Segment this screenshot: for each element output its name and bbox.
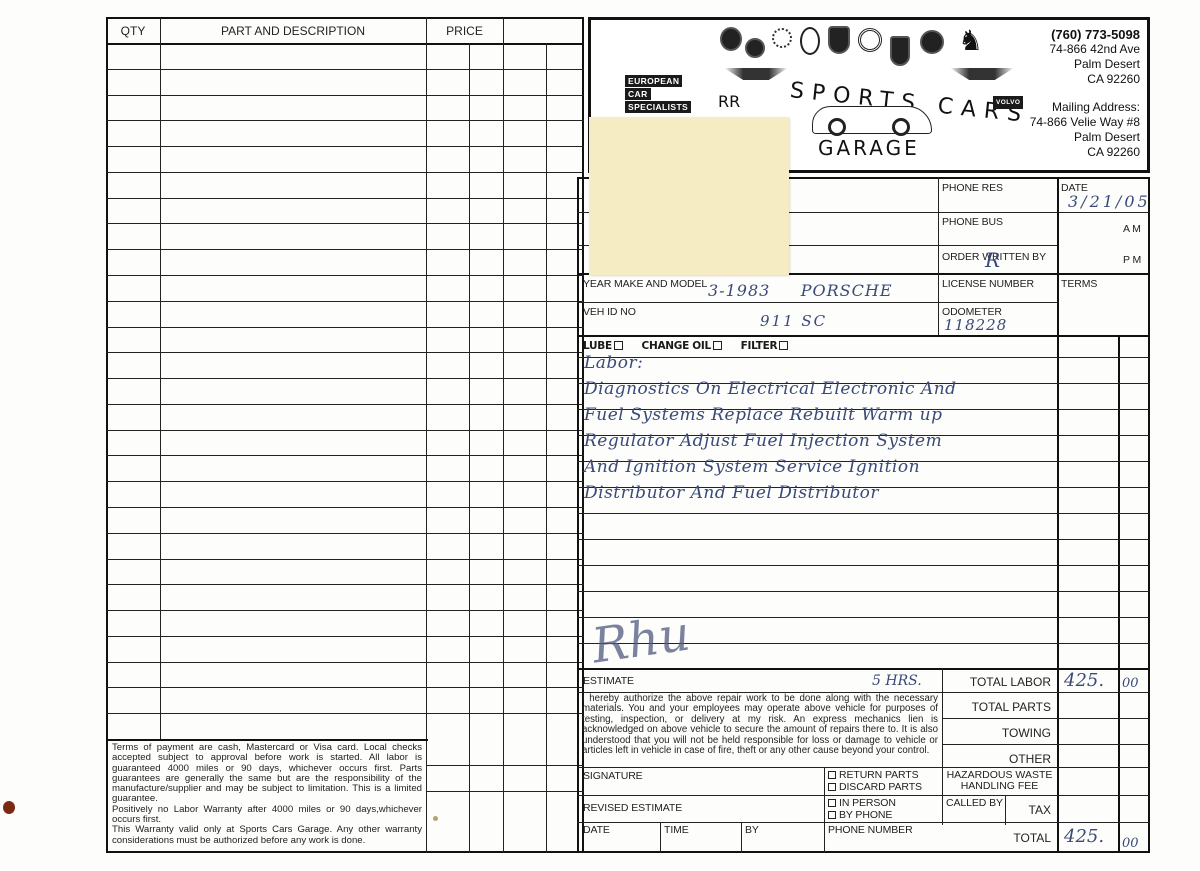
parts-table-row[interactable] (108, 380, 580, 403)
terms-label: TERMS (1061, 278, 1097, 290)
total-parts-label: TOTAL PARTS (942, 700, 1051, 714)
phone-bus-label: PHONE BUS (942, 216, 1003, 228)
cents-column-divider (1118, 335, 1120, 853)
totals-row-line (942, 692, 1150, 693)
parts-row-line (426, 765, 584, 766)
discard-parts-option[interactable]: DISCARD PARTS (828, 781, 922, 793)
parts-row-line (106, 662, 584, 663)
parts-row-line (106, 327, 584, 328)
parts-row-line (106, 275, 584, 276)
parts-table-row[interactable] (108, 200, 580, 223)
warranty-scope: This Warranty valid only at Sports Cars … (112, 824, 422, 845)
address-line-2: Palm Desert (1010, 57, 1140, 72)
parts-row-line (106, 352, 584, 353)
car-wheel-front-icon (828, 118, 846, 136)
qty-header: QTY (106, 24, 160, 38)
parts-table-row[interactable] (108, 457, 580, 480)
car-wheel-rear-icon (892, 118, 910, 136)
parts-row-line (106, 559, 584, 560)
part-description-header: PART AND DESCRIPTION (160, 24, 426, 38)
mg-emblem-icon (720, 27, 742, 51)
ferrari-horse-icon: ♞ (958, 24, 983, 57)
parts-row-line (426, 791, 584, 792)
parts-row-line (106, 198, 584, 199)
date-bottom-line (1057, 212, 1150, 213)
time-divider (660, 822, 661, 853)
by-divider (741, 822, 742, 853)
paper-stain (3, 801, 15, 814)
change-oil-checkbox[interactable] (713, 341, 722, 350)
price-header: PRICE (426, 24, 503, 38)
parts-row-line (106, 584, 584, 585)
work-description-line[interactable]: Labor: (584, 353, 643, 373)
by-label: BY (745, 824, 759, 836)
discard-parts-checkbox[interactable] (828, 783, 836, 791)
parts-table-row[interactable] (108, 97, 580, 120)
badge-car: CAR (625, 88, 651, 100)
mailing-line-1: 74-866 Velie Way #8 (1010, 115, 1140, 130)
mailing-line-2: Palm Desert (1010, 130, 1140, 145)
parts-table-row[interactable] (108, 251, 580, 274)
authorization-text: I hereby authorize the above repair work… (582, 694, 938, 756)
change-oil-label: CHANGE OIL (642, 340, 711, 352)
year-make-model-value[interactable]: 3-1983 PORSCHE (708, 281, 893, 300)
return-parts-option[interactable]: RETURN PARTS (828, 769, 919, 781)
badge-specialists: SPECIALISTS (625, 101, 691, 113)
parts-row-line (106, 481, 584, 482)
parts-table-row[interactable] (108, 122, 580, 145)
totals-row-line (942, 795, 1150, 796)
address-line-1: 74-866 42nd Ave (1010, 42, 1140, 57)
parts-table-row[interactable] (108, 561, 580, 584)
lamborghini-emblem-icon (890, 36, 910, 66)
contact-block: (760) 773-5098 74-866 42nd Ave Palm Dese… (1010, 27, 1140, 160)
parts-row-line (106, 713, 584, 714)
parts-row-line (106, 223, 584, 224)
parts-table-row[interactable] (108, 612, 580, 635)
veh-id-value[interactable]: 911 SC (760, 312, 827, 330)
called-by-label: CALLED BY (946, 797, 1003, 809)
in-person-checkbox[interactable] (828, 799, 836, 807)
parts-row-line (106, 610, 584, 611)
vehicle-row-line (577, 302, 1057, 303)
estimate-value[interactable]: 5 HRS. (872, 673, 922, 689)
address-line-3: CA 92260 (1010, 72, 1140, 87)
work-description-line[interactable]: Fuel Systems Replace Rebuilt Warm up (584, 405, 942, 425)
triumph-emblem-icon (772, 28, 792, 48)
by-phone-checkbox[interactable] (828, 811, 836, 819)
terms-divider (106, 739, 428, 741)
parts-row-line (106, 687, 584, 688)
parts-table-row[interactable] (108, 483, 580, 506)
work-row-line (577, 357, 1150, 358)
lube-label: LUBE (583, 340, 612, 352)
return-parts-checkbox[interactable] (828, 771, 836, 779)
hazardous-waste-label: HAZARDOUS WASTEHANDLING FEE (942, 770, 1057, 792)
parts-table-row[interactable] (108, 329, 580, 352)
other-label: OTHER (942, 752, 1051, 766)
total-dollars[interactable]: 425. (1064, 826, 1104, 847)
parts-table-row[interactable] (108, 45, 580, 68)
totals-row-line (942, 718, 1150, 719)
parts-table-row[interactable] (108, 535, 580, 558)
parts-row-line (106, 172, 584, 173)
total-labor-dollars[interactable]: 425. (1064, 670, 1104, 691)
pm-label: P M (1123, 254, 1141, 266)
total-label: TOTAL (942, 831, 1051, 845)
work-description-line[interactable]: Regulator Adjust Fuel Injection System (584, 431, 942, 451)
year-make-model-label: YEAR MAKE AND MODEL (583, 278, 707, 290)
parts-table-row[interactable] (108, 174, 580, 197)
terms-text: Terms of payment are cash, Mastercard or… (112, 743, 422, 846)
parts-table-row[interactable] (108, 715, 580, 738)
by-phone-option[interactable]: BY PHONE (828, 809, 892, 821)
mailing-label: Mailing Address: (1010, 100, 1140, 115)
parts-table-row[interactable] (108, 509, 580, 532)
parts-row-line (106, 455, 584, 456)
parts-table-row[interactable] (108, 225, 580, 248)
time-label: TIME (664, 824, 689, 836)
parts-table-row[interactable] (108, 354, 580, 377)
parts-row-line (106, 146, 584, 147)
parts-option-divider (824, 767, 825, 853)
work-row-line (577, 539, 1150, 540)
work-row-line (577, 591, 1150, 592)
rolls-royce-logo: RR (718, 92, 740, 111)
lube-checkbox[interactable] (614, 341, 623, 350)
parts-table-row[interactable] (108, 432, 580, 455)
date-row-top-line (577, 822, 942, 823)
maserati-emblem-icon (800, 27, 820, 55)
phone-res-label: PHONE RES (942, 182, 1003, 194)
towing-label: TOWING (942, 726, 1051, 740)
porsche-emblem-icon (828, 26, 850, 54)
date-value[interactable]: 3/21/05 (1068, 192, 1151, 211)
date-bottom-label: DATE (583, 824, 610, 836)
parts-row-line (106, 378, 584, 379)
work-description-line[interactable]: Distributor And Fuel Distributor (584, 483, 879, 503)
total-labor-cents[interactable]: 00 (1122, 676, 1139, 691)
veh-id-label: VEH ID NO (583, 306, 636, 318)
phone-number: (760) 773-5098 (1010, 27, 1140, 42)
totals-row-line (942, 767, 1150, 768)
signature-top-line (577, 767, 942, 768)
labor-warranty: Positively no Labor Warranty after 4000 … (112, 804, 422, 825)
parts-row-line (106, 636, 584, 637)
parts-row-line (106, 69, 584, 70)
total-labor-label: TOTAL LABOR (942, 675, 1051, 689)
parts-row-line (106, 95, 584, 96)
parts-row-line (106, 507, 584, 508)
parts-table-row[interactable] (108, 148, 580, 171)
parts-table-row[interactable] (108, 303, 580, 326)
work-row-line (577, 565, 1150, 566)
parts-row-line (106, 301, 584, 302)
odometer-value[interactable]: 118228 (944, 316, 1007, 334)
tax-label: TAX (1005, 803, 1051, 817)
parts-table-row[interactable] (108, 71, 580, 94)
totals-row-line (942, 822, 1150, 823)
parts-row-line (106, 249, 584, 250)
total-cents[interactable]: 00 (1122, 836, 1139, 851)
phone-column-divider (938, 177, 939, 335)
work-row-line (577, 513, 1150, 514)
badge-european: EUROPEAN (625, 75, 682, 87)
totals-row-line (942, 744, 1150, 745)
signature-label: SIGNATURE (583, 770, 643, 782)
in-person-option[interactable]: IN PERSON (828, 797, 896, 809)
parts-table-row[interactable] (108, 689, 580, 712)
parts-row-line (106, 120, 584, 121)
parts-row-line (106, 533, 584, 534)
order-written-by-value[interactable]: R (985, 248, 1000, 272)
alfa-romeo-emblem-icon (920, 30, 944, 54)
parts-table-row[interactable] (108, 664, 580, 687)
parts-table-row[interactable] (108, 277, 580, 300)
payment-terms: Terms of payment are cash, Mastercard or… (112, 742, 422, 804)
parts-table-row[interactable] (108, 586, 580, 609)
parts-table-row[interactable] (108, 638, 580, 661)
am-label: A M (1123, 223, 1141, 235)
bmw-emblem-icon (745, 38, 765, 58)
license-number-label: LICENSE NUMBER (942, 278, 1034, 290)
date-column-divider (1057, 177, 1059, 853)
services-row-line (577, 335, 1150, 337)
paper-speck (433, 816, 438, 821)
phone-number-label: PHONE NUMBER (828, 824, 913, 836)
business-name-bottom: GARAGE (818, 136, 920, 160)
services-checkboxes: LUBE CHANGE OIL FILTER (583, 340, 788, 352)
parts-row-line (106, 404, 584, 405)
revised-estimate-label: REVISED ESTIMATE (583, 802, 682, 814)
work-description-line[interactable]: And Ignition System Service Ignition (584, 457, 920, 477)
parts-row-line (106, 430, 584, 431)
parts-table-row[interactable] (108, 406, 580, 429)
lotus-emblem-icon (858, 28, 882, 52)
filter-label: FILTER (741, 340, 778, 352)
filter-checkbox[interactable] (779, 341, 788, 350)
sticky-note (589, 117, 789, 275)
estimate-label: ESTIMATE (583, 675, 634, 687)
mailing-line-3: CA 92260 (1010, 145, 1140, 160)
work-description-line[interactable]: Diagnostics On Electrical Electronic And (584, 379, 957, 399)
